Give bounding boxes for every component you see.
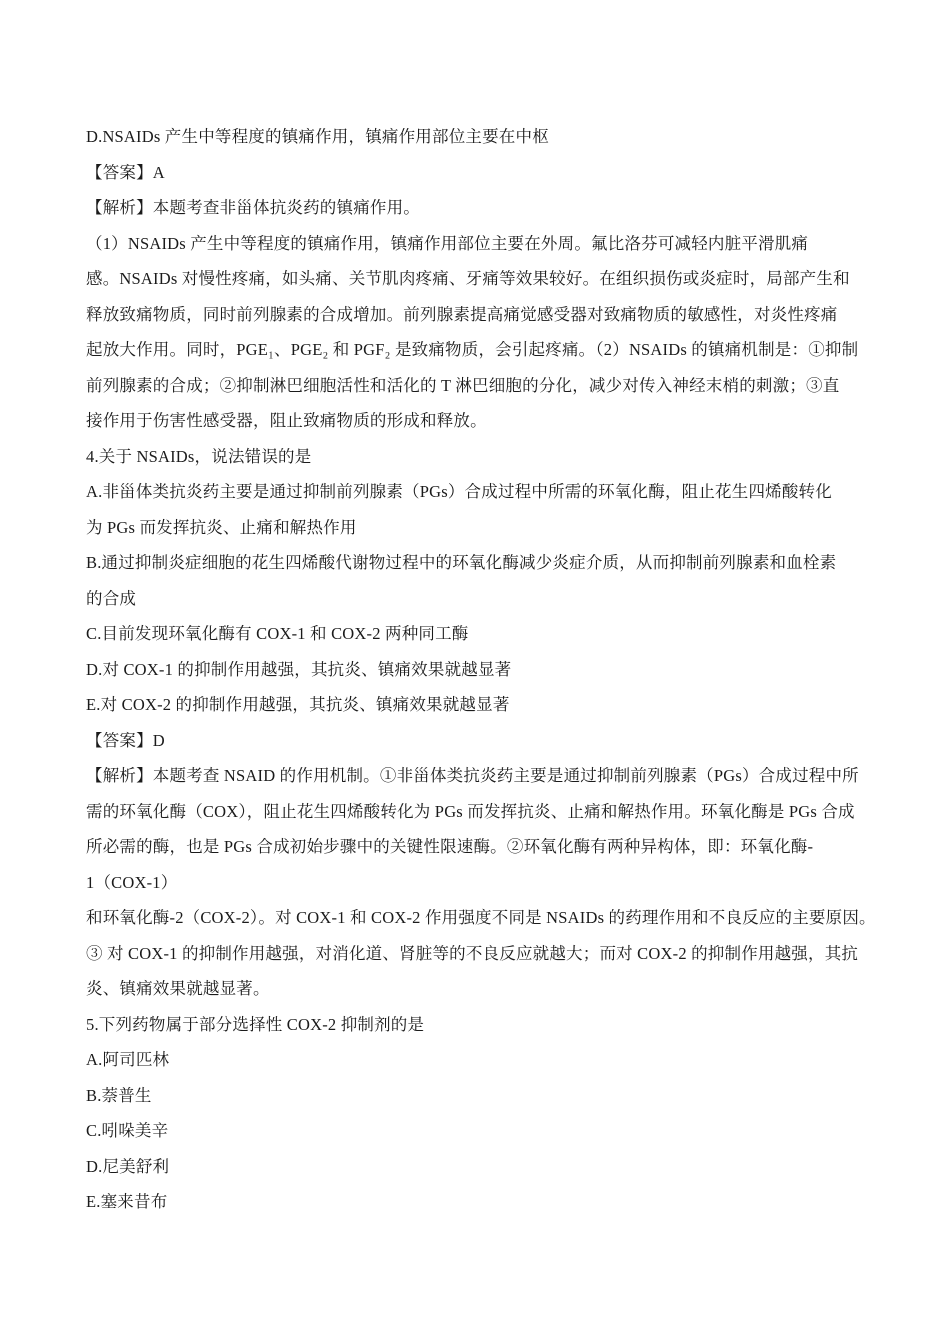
q4-explanation-line-3: 所必需的酶，也是 PGs 合成初始步骤中的关键性限速酶。②环氧化酶有两种异构体，… [86, 829, 868, 865]
q4-option-b-line-2: 的合成 [86, 581, 868, 617]
q4-option-d-line: D.对 COX-1 的抑制作用越强，其抗炎、镇痛效果就越显著 [86, 652, 868, 688]
q3-explanation-line-3: 感。NSAIDs 对慢性疼痛，如头痛、关节肌肉疼痛、牙痛等效果较好。在组织损伤或… [86, 261, 868, 297]
q4-option-e-line: E.对 COX-2 的抑制作用越强，其抗炎、镇痛效果就越显著 [86, 687, 868, 723]
q4-explanation-line-5: 和环氧化酶-2（COX-2）。对 COX-1 和 COX-2 作用强度不同是 N… [86, 900, 868, 936]
q4-option-a-line-1: A.非甾体类抗炎药主要是通过抑制前列腺素（PGs）合成过程中所需的环氧化酶，阻止… [86, 474, 868, 510]
q5-stem-line: 5.下列药物属于部分选择性 COX-2 抑制剂的是 [86, 1007, 868, 1043]
q5-option-b-line: B.萘普生 [86, 1078, 868, 1114]
q4-stem-line: 4.关于 NSAIDs，说法错误的是 [86, 439, 868, 475]
q4-explanation-line-1: 【解析】本题考查 NSAID 的作用机制。①非甾体类抗炎药主要是通过抑制前列腺素… [86, 758, 868, 794]
q3-explanation-line-6: 前列腺素的合成；②抑制淋巴细胞活性和活化的 T 淋巴细胞的分化，减少对传入神经末… [86, 368, 868, 404]
document-page: D.NSAIDs 产生中等程度的镇痛作用，镇痛作用部位主要在中枢 【答案】A 【… [0, 0, 950, 1344]
q4-option-c-line: C.目前发现环氧化酶有 COX-1 和 COX-2 两种同工酶 [86, 616, 868, 652]
q5-option-e-line: E.塞来昔布 [86, 1184, 868, 1220]
q4-explanation-line-7: 炎、镇痛效果就越显著。 [86, 971, 868, 1007]
q4-explanation-line-2: 需的环氧化酶（COX），阻止花生四烯酸转化为 PGs 而发挥抗炎、止痛和解热作用… [86, 794, 868, 830]
q3-answer-line: 【答案】A [86, 155, 868, 191]
q3-explanation-line-7: 接作用于伤害性感受器，阻止致痛物质的形成和释放。 [86, 403, 868, 439]
q4-option-a-line-2: 为 PGs 而发挥抗炎、止痛和解热作用 [86, 510, 868, 546]
q3-explanation-line-2: （1）NSAIDs 产生中等程度的镇痛作用，镇痛作用部位主要在外周。氟比洛芬可减… [86, 226, 868, 262]
q5-option-c-line: C.吲哚美辛 [86, 1113, 868, 1149]
document-text-block: D.NSAIDs 产生中等程度的镇痛作用，镇痛作用部位主要在中枢 【答案】A 【… [86, 119, 868, 1220]
q3-explanation-line-5: 起放大作用。同时，PGE₁、PGE₂ 和 PGF₂ 是致痛物质，会引起疼痛。（2… [86, 332, 868, 368]
q3-option-d-line: D.NSAIDs 产生中等程度的镇痛作用，镇痛作用部位主要在中枢 [86, 119, 868, 155]
q4-option-b-line-1: B.通过抑制炎症细胞的花生四烯酸代谢物过程中的环氧化酶减少炎症介质，从而抑制前列… [86, 545, 868, 581]
q4-explanation-line-4: 1（COX-1） [86, 865, 868, 901]
q3-explanation-line-4: 释放致痛物质，同时前列腺素的合成增加。前列腺素提高痛觉感受器对致痛物质的敏感性，… [86, 297, 868, 333]
q5-option-d-line: D.尼美舒利 [86, 1149, 868, 1185]
q5-option-a-line: A.阿司匹林 [86, 1042, 868, 1078]
q3-explanation-line-1: 【解析】本题考查非甾体抗炎药的镇痛作用。 [86, 190, 868, 226]
q4-answer-line: 【答案】D [86, 723, 868, 759]
q4-explanation-line-6: ③ 对 COX-1 的抑制作用越强，对消化道、肾脏等的不良反应就越大；而对 CO… [86, 936, 868, 972]
